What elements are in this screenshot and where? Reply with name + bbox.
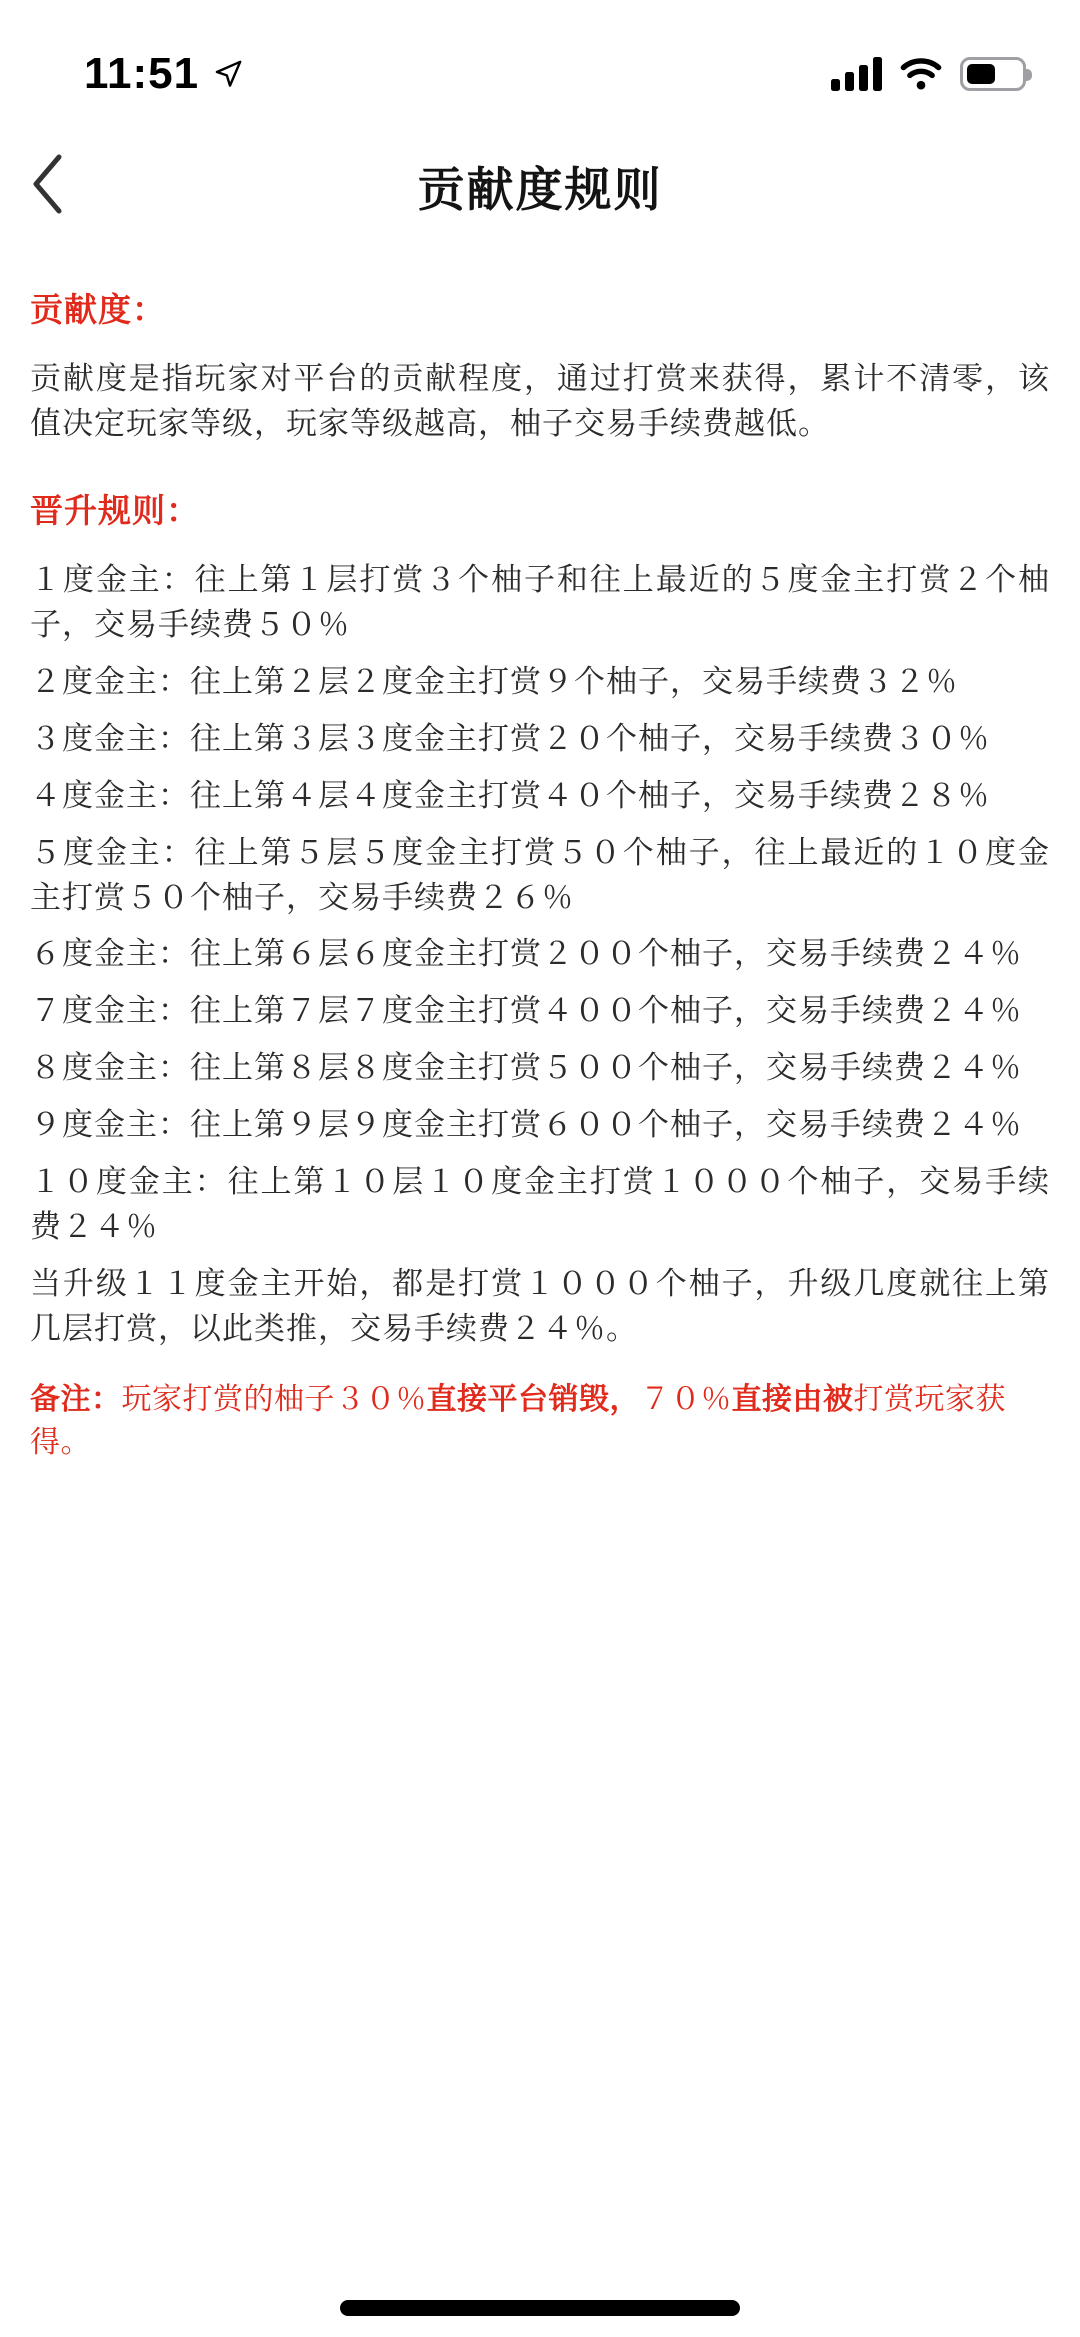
screen: 11:51 贡献度规则 贡献度： 贡献度是指玩家对平台的贡献程度，通过打赏来获得… <box>0 0 1080 2337</box>
wifi-icon <box>898 56 944 92</box>
rule-item: ８度金主：往上第８层８度金主打赏５００个柚子，交易手续费２４％ <box>30 1046 1050 1091</box>
status-bar-left: 11:51 <box>84 49 245 99</box>
promotion-rules-list: １度金主：往上第１层打赏３个柚子和往上最近的５度金主打赏２个柚子，交易手续费５０… <box>30 558 1050 1352</box>
note-segment: 直接平台销毁， <box>427 1383 641 1416</box>
rule-item: ３度金主：往上第３层３度金主打赏２０个柚子，交易手续费３０％ <box>30 717 1050 762</box>
cellular-signal-icon <box>831 57 882 91</box>
back-button[interactable] <box>28 136 118 232</box>
note-segment: ７０％ <box>640 1383 732 1416</box>
rule-item: ４度金主：往上第４层４度金主打赏４０个柚子，交易手续费２８％ <box>30 774 1050 819</box>
contribution-heading: 贡献度： <box>30 284 1050 331</box>
contribution-description: 贡献度是指玩家对平台的贡献程度，通过打赏来获得，累计不清零，该值决定玩家等级，玩… <box>30 357 1050 447</box>
rule-item: ６度金主：往上第６层６度金主打赏２００个柚子，交易手续费２４％ <box>30 932 1050 977</box>
note-segment: 备注： <box>30 1383 122 1416</box>
rules-content: 贡献度： 贡献度是指玩家对平台的贡献程度，通过打赏来获得，累计不清零，该值决定玩… <box>0 242 1080 1465</box>
status-bar: 11:51 <box>0 0 1080 130</box>
note-segment: 直接由被 <box>732 1383 854 1416</box>
page-title: 贡献度规则 <box>418 153 663 220</box>
status-time: 11:51 <box>84 49 199 99</box>
status-bar-right <box>831 56 1034 92</box>
home-indicator[interactable] <box>340 2300 740 2316</box>
rule-item: ９度金主：往上第９层９度金主打赏６００个柚子，交易手续费２４％ <box>30 1103 1050 1148</box>
battery-icon <box>960 57 1026 91</box>
promotion-heading: 晋升规则： <box>30 485 1050 532</box>
rule-item: ５度金主：往上第５层５度金主打赏５０个柚子，往上最近的１０度金主打赏５０个柚子，… <box>30 831 1050 921</box>
rule-item: 当升级１１度金主开始，都是打赏１０００个柚子，升级几度就往上第几层打赏，以此类推… <box>30 1262 1050 1352</box>
note-segment: 玩家打赏的柚子３０％ <box>122 1383 427 1416</box>
location-arrow-icon <box>211 57 245 91</box>
rule-item: ２度金主：往上第２层２度金主打赏９个柚子，交易手续费３２％ <box>30 660 1050 705</box>
battery-fill <box>967 64 995 84</box>
rule-item: １０度金主：往上第１０层１０度金主打赏１０００个柚子，交易手续费２４％ <box>30 1160 1050 1250</box>
rule-item: ７度金主：往上第７层７度金主打赏４００个柚子，交易手续费２４％ <box>30 989 1050 1034</box>
note-line: 备注：玩家打赏的柚子３０％直接平台销毁，７０％直接由被打赏玩家获得。 <box>30 1378 1050 1465</box>
navigation-bar: 贡献度规则 <box>0 130 1080 242</box>
rule-item: １度金主：往上第１层打赏３个柚子和往上最近的５度金主打赏２个柚子，交易手续费５０… <box>30 558 1050 648</box>
chevron-left-icon <box>28 152 66 216</box>
